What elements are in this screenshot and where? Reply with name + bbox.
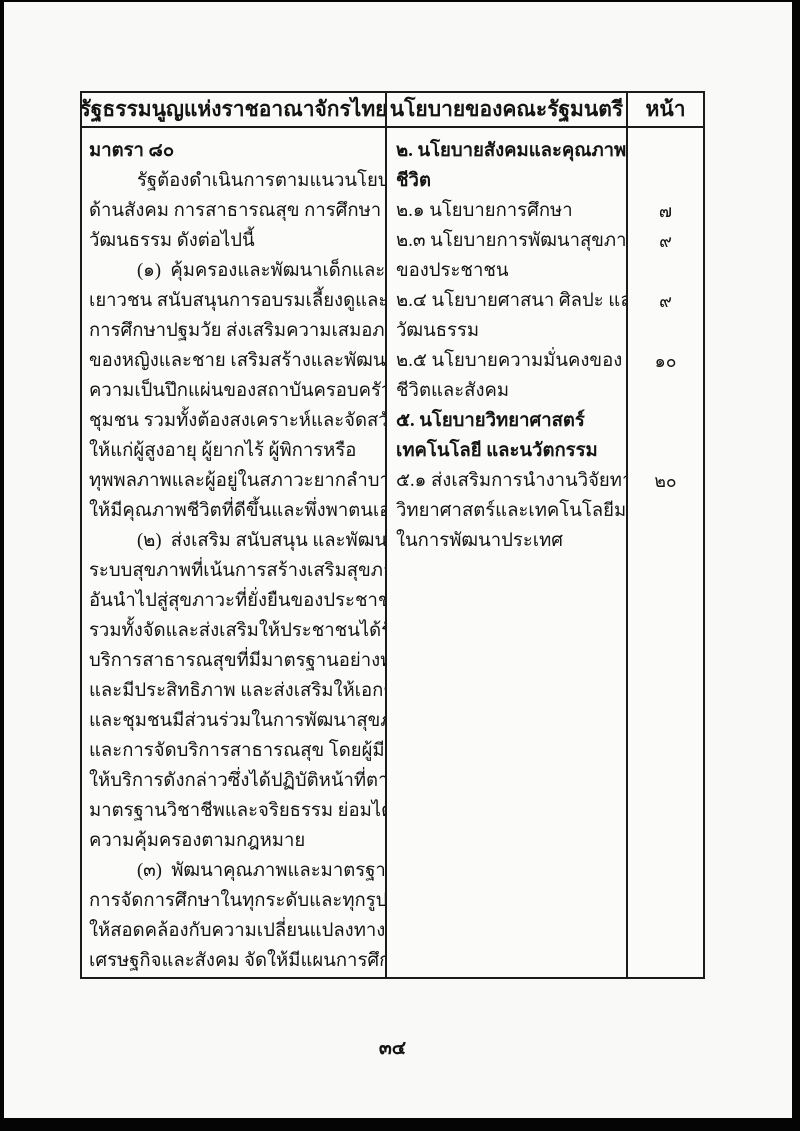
page-number: ๗ — [628, 196, 703, 226]
page-number-spacer — [628, 406, 703, 436]
page-number-column: ๗๙ ๙ ๑๐ ๒๐ — [626, 128, 703, 977]
policy-text-line: ชีวิตและสังคม — [396, 376, 622, 406]
constitution-text-line: เศรษฐกิจและสังคม จัดให้มีแผนการศึกษา — [89, 946, 381, 976]
page-number-spacer — [628, 376, 703, 406]
scan-edge-left — [0, 0, 4, 1131]
header-policy: นโยบายของคณะรัฐมนตรี — [385, 93, 626, 128]
policy-text-line: ชีวิต — [396, 166, 622, 196]
policy-column: ๒. นโยบายสังคมและคุณภาพชีวิต๒.๑ นโยบายกา… — [385, 128, 626, 977]
constitution-text-line: มาตรา ๘๐ — [89, 136, 381, 166]
constitution-text-line: ให้มีคุณภาพชีวิตที่ดีขึ้นและพึ่งพาตนเองไ… — [89, 496, 381, 526]
header-constitution: รัฐธรรมนูญแห่งราชอาณาจักรไทย — [82, 93, 385, 128]
constitution-text-line: รวมทั้งจัดและส่งเสริมให้ประชาชนได้รับ — [89, 616, 381, 646]
constitution-text-line: ชุมชน รวมทั้งต้องสงเคราะห์และจัดสวัสดิกา… — [89, 406, 381, 436]
constitution-text-line: มาตรฐานวิชาชีพและจริยธรรม ย่อมได้รับ — [89, 796, 381, 826]
page-number-spacer — [628, 316, 703, 346]
page-number: ๙ — [628, 226, 703, 256]
constitution-text-line: เยาวชน สนับสนุนการอบรมเลี้ยงดูและให้ — [89, 286, 381, 316]
policy-text-line: ๕. นโยบายวิทยาศาสตร์ — [396, 406, 622, 436]
constitution-text-line: (๒) ส่งเสริม สนับสนุน และพัฒนา — [89, 526, 381, 556]
constitution-text-line: รัฐต้องดำเนินการตามแนวนโยบาย — [89, 166, 381, 196]
policy-text-line: ๕.๑ ส่งเสริมการนำงานวิจัยทาง — [396, 466, 622, 496]
constitution-text-line: และชุมชนมีส่วนร่วมในการพัฒนาสุขภาพ — [89, 706, 381, 736]
page-number: ๙ — [628, 286, 703, 316]
contents-table: รัฐธรรมนูญแห่งราชอาณาจักรไทย นโยบายของคณ… — [80, 91, 705, 979]
constitution-text-line: บริการสาธารณสุขที่มีมาตรฐานอย่างทั่วถึง — [89, 646, 381, 676]
scan-edge-right — [792, 0, 800, 1131]
policy-text-line: ๒.๔ นโยบายศาสนา ศิลปะ และ — [396, 286, 622, 316]
page-number-spacer — [628, 256, 703, 286]
page-number-spacer — [628, 136, 703, 166]
page-number: ๑๐ — [628, 346, 703, 376]
constitution-text-line: และมีประสิทธิภาพ และส่งเสริมให้เอกชน — [89, 676, 381, 706]
page-number-spacer — [628, 526, 703, 556]
constitution-text-line: ระบบสุขภาพที่เน้นการสร้างเสริมสุขภาพ — [89, 556, 381, 586]
constitution-text-line: ทุพพลภาพและผู้อยู่ในสภาวะยากลำบาก — [89, 466, 381, 496]
constitution-text-line: และการจัดบริการสาธารณสุข โดยผู้มีหน้าที่ — [89, 736, 381, 766]
constitution-text-line: ด้านสังคม การสาธารณสุข การศึกษา และ — [89, 196, 381, 226]
scan-edge-bottom — [0, 1118, 800, 1131]
constitution-text-line: ให้บริการดังกล่าวซึ่งได้ปฏิบัติหน้าที่ตา… — [89, 766, 381, 796]
policy-text-line: เทคโนโลยี และนวัตกรรม — [396, 436, 622, 466]
constitution-text-line: ความเป็นปึกแผ่นของสถาบันครอบครัวและ — [89, 376, 381, 406]
constitution-text-line: (๑) คุ้มครองและพัฒนาเด็กและ — [89, 256, 381, 286]
policy-text-line: วิทยาศาสตร์และเทคโนโลยีมาใช้ — [396, 496, 622, 526]
page-number-spacer — [628, 496, 703, 526]
header-page: หน้า — [626, 93, 703, 128]
constitution-text-line: ให้สอดคล้องกับความเปลี่ยนแปลงทาง — [89, 916, 381, 946]
constitution-text-line: วัฒนธรรม ดังต่อไปนี้ — [89, 226, 381, 256]
constitution-text-line: อันนำไปสู่สุขภาวะที่ยั่งยืนของประชาชน — [89, 586, 381, 616]
policy-text-line: ของประชาชน — [396, 256, 622, 286]
page-number-spacer — [628, 166, 703, 196]
scan-edge-top — [0, 0, 800, 2]
policy-text-line: ๒.๑ นโยบายการศึกษา — [396, 196, 622, 226]
policy-text-line: ๒. นโยบายสังคมและคุณภาพ — [396, 136, 622, 166]
policy-text-line: ๒.๕ นโยบายความมั่นคงของ — [396, 346, 622, 376]
constitution-column: มาตรา ๘๐รัฐต้องดำเนินการตามแนวนโยบายด้าน… — [82, 128, 385, 977]
constitution-text-line: การจัดการศึกษาในทุกระดับและทุกรูปแบบ — [89, 886, 381, 916]
policy-text-line: ๒.๓ นโยบายการพัฒนาสุขภาพ — [396, 226, 622, 256]
policy-text-line: วัฒนธรรม — [396, 316, 622, 346]
constitution-text-line: การศึกษาปฐมวัย ส่งเสริมความเสมอภาค — [89, 316, 381, 346]
constitution-text-line: ให้แก่ผู้สูงอายุ ผู้ยากไร้ ผู้พิการหรือ — [89, 436, 381, 466]
page-number: ๒๐ — [628, 466, 703, 496]
constitution-text-line: ความคุ้มครองตามกฎหมาย — [89, 826, 381, 856]
constitution-text-line: (๓) พัฒนาคุณภาพและมาตรฐาน — [89, 856, 381, 886]
page-number-spacer — [628, 436, 703, 466]
constitution-text-line: ของหญิงและชาย เสริมสร้างและพัฒนา — [89, 346, 381, 376]
footer-page-number: ๓๔ — [80, 1033, 705, 1063]
policy-text-line: ในการพัฒนาประเทศ — [396, 526, 622, 556]
